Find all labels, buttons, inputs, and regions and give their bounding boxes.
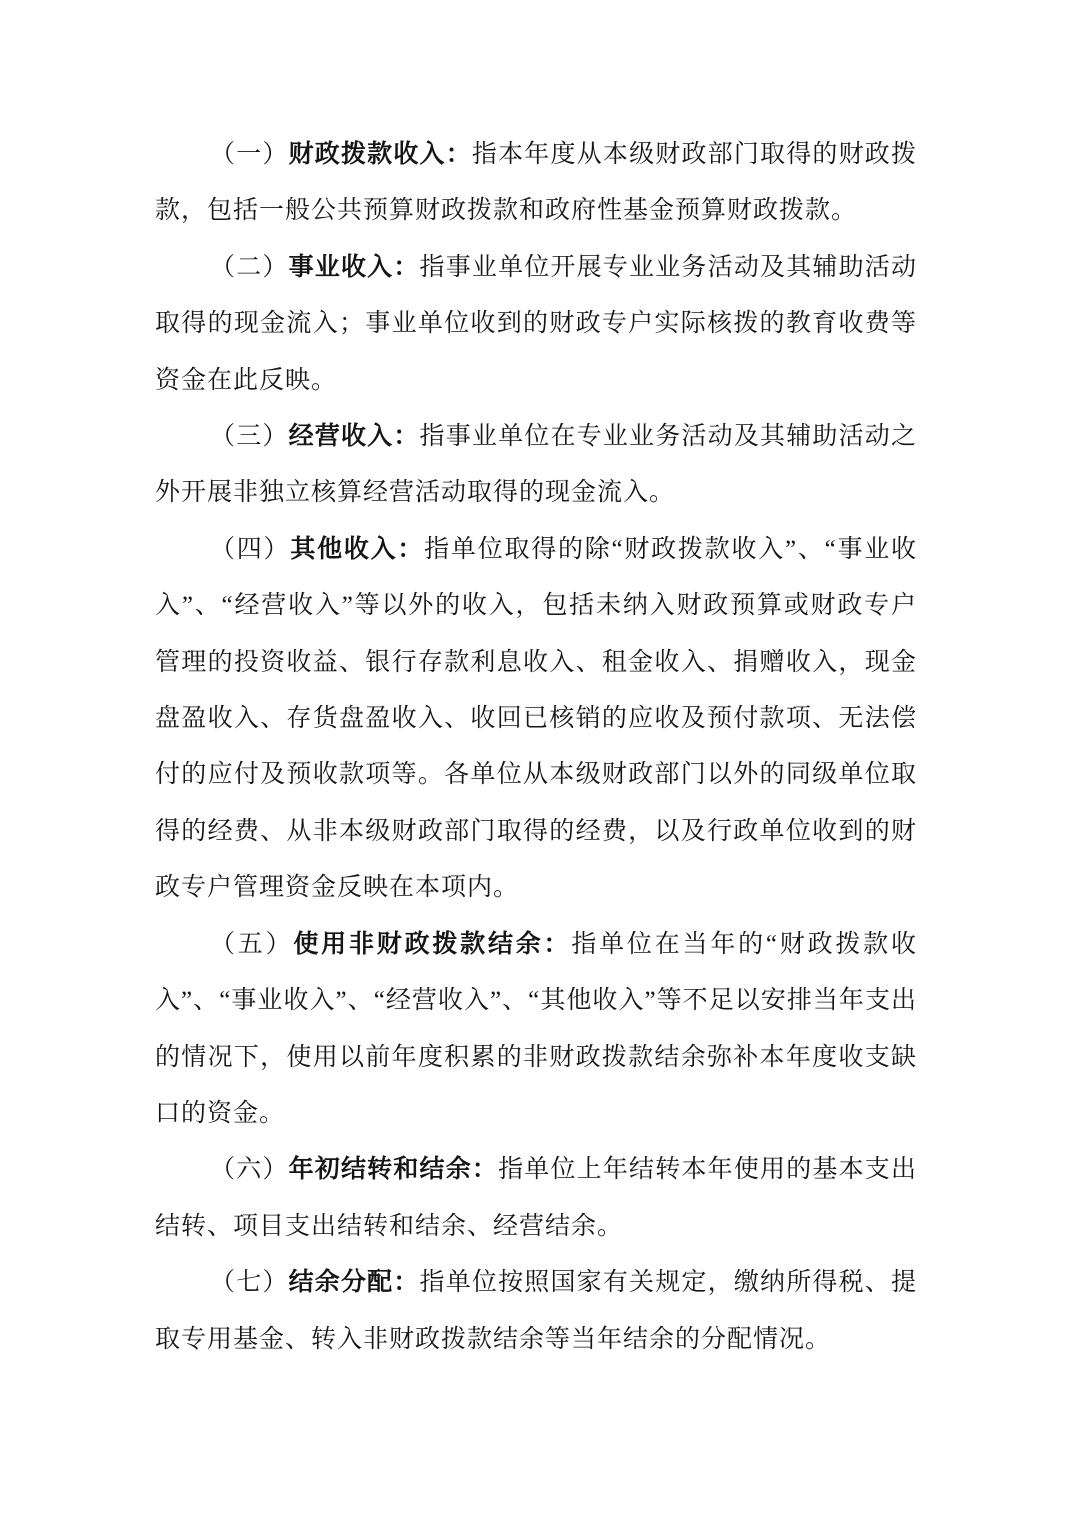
definition-paragraph: （三）经营收入：指事业单位在专业业务活动及其辅助活动之外开展非独立核算经营活动取… [155,409,917,522]
paragraph-number: （二） [210,254,289,281]
paragraph-number: （三） [210,423,289,450]
definition-paragraph: （四）其他收入：指单位取得的除“财政拨款收入”、“事业收入”、“经营收入”等以外… [155,522,917,917]
paragraph-term-bold: 其他收入： [290,536,424,563]
document-page: （一）财政拨款收入：指本年度从本级财政部门取得的财政拨款，包括一般公共预算财政拨… [0,0,1075,1521]
paragraph-text: 指单位在当年的“财政拨款收入”、“事业收入”、“经营收入”、“其他收入”等不足以… [155,931,917,1127]
paragraph-number: （七） [210,1269,289,1296]
document-body: （一）财政拨款收入：指本年度从本级财政部门取得的财政拨款，包括一般公共预算财政拨… [155,127,917,1368]
paragraph-number: （六） [210,1156,289,1183]
paragraph-term-bold: 财政拨款收入： [289,141,472,168]
paragraph-term-bold: 年初结转和结余： [289,1156,499,1183]
paragraph-number: （四） [210,536,290,563]
paragraph-term-bold: 经营收入： [289,423,420,450]
paragraph-number: （五） [210,931,293,958]
paragraph-term-bold: 结余分配： [289,1269,420,1296]
paragraph-text: 指单位取得的除“财政拨款收入”、“事业收入”、“经营收入”等以外的收入，包括未纳… [155,536,917,901]
definition-paragraph: （五）使用非财政拨款结余：指单位在当年的“财政拨款收入”、“事业收入”、“经营收… [155,917,917,1143]
paragraph-term-bold: 使用非财政拨款结余： [293,931,571,958]
definition-paragraph: （二）事业收入：指事业单位开展专业业务活动及其辅助活动取得的现金流入；事业单位收… [155,240,917,409]
definition-paragraph: （六）年初结转和结余：指单位上年结转本年使用的基本支出结转、项目支出结转和结余、… [155,1142,917,1255]
definition-paragraph: （七）结余分配：指单位按照国家有关规定，缴纳所得税、提取专用基金、转入非财政拨款… [155,1255,917,1368]
paragraph-number: （一） [210,141,289,168]
paragraph-term-bold: 事业收入： [289,254,420,281]
definition-paragraph: （一）财政拨款收入：指本年度从本级财政部门取得的财政拨款，包括一般公共预算财政拨… [155,127,917,240]
